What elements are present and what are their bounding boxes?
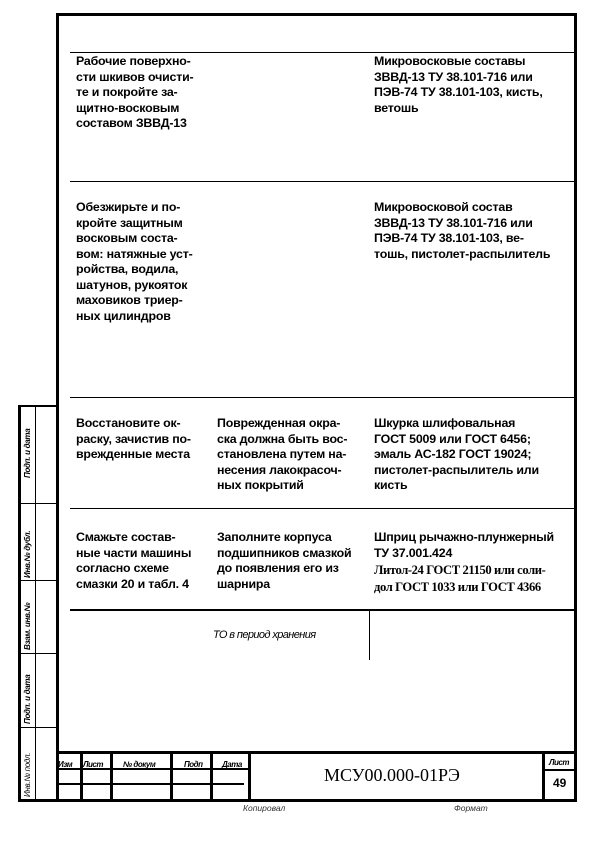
title-col-sheet <box>542 751 545 801</box>
side-label-sign-date-2: Подп. и дата <box>23 675 32 724</box>
sheet-label-divider <box>542 769 575 771</box>
row3-action: Восстановите ок- раску, зачистив по- вре… <box>76 416 209 463</box>
side-stamp-top <box>18 405 58 407</box>
frame-top-border <box>56 13 577 16</box>
side-stamp-inner-line <box>35 405 36 800</box>
title-col-5 <box>248 751 251 801</box>
row4-requirements: Заполните корпуса подшипников смазкой до… <box>217 530 365 592</box>
side-stamp-left-border <box>18 405 21 802</box>
frame-right-border <box>574 13 577 801</box>
row4-action: Смажьте состав- ные части машины согласн… <box>76 530 209 592</box>
side-label-dup-inv: Инв.№ дубл. <box>23 531 32 578</box>
side-stamp-divider-2 <box>18 580 58 581</box>
side-stamp-divider-3 <box>18 653 58 654</box>
title-col-1 <box>80 751 83 801</box>
section-title: ТО в период хранения <box>213 629 316 641</box>
row1-materials: Микровосковые составы ЗВВД-13 ТУ 38.101-… <box>374 54 570 116</box>
title-col-3 <box>170 751 173 801</box>
row-divider-2 <box>70 181 575 182</box>
title-block-top <box>56 751 577 754</box>
row2-materials: Микровосковой состав ЗВВД-13 ТУ 38.101-7… <box>374 200 570 262</box>
document-code: МСУ00.000-01РЭ <box>324 765 460 786</box>
row-divider-1 <box>70 52 575 53</box>
title-col-2 <box>110 751 113 801</box>
row4-materials-lubricant: Литол-24 ГОСТ 21150 или соли- дол ГОСТ 1… <box>374 562 570 596</box>
sheet-number: 49 <box>553 776 566 790</box>
header-date: Дата <box>222 760 242 769</box>
header-change: Изм <box>58 760 72 769</box>
row4-materials-tools: Шприц рычажно-плунжерный ТУ 37.001.424 <box>374 530 570 561</box>
format-label: Формат <box>454 803 488 813</box>
row-divider-5 <box>70 609 575 611</box>
row3-requirements: Поврежденная окра- ска должна быть вос- … <box>217 416 365 494</box>
row1-action: Рабочие поверхно- сти шкивов очисти- те … <box>76 54 209 132</box>
title-row-2 <box>56 783 244 785</box>
header-sheet: Лист <box>83 760 103 769</box>
section-divider-vertical <box>369 610 370 660</box>
side-label-replace-inv: Взам. инв.№ <box>23 603 32 650</box>
frame-left-border <box>56 13 59 801</box>
header-doc-number: № докум <box>123 760 155 769</box>
row-divider-4 <box>70 508 575 509</box>
title-col-4 <box>210 751 213 801</box>
side-label-sign-date-1: Подп. и дата <box>23 429 32 478</box>
row3-materials: Шкурка шлифовальная ГОСТ 5009 или ГОСТ 6… <box>374 416 570 494</box>
row2-action: Обезжирьте и по- кройте защитным восковы… <box>76 200 209 324</box>
header-signature: Подп <box>184 760 202 769</box>
side-stamp-divider-4 <box>18 727 58 728</box>
frame-bottom-border <box>18 799 577 802</box>
sheet-label: Лист <box>549 758 569 767</box>
copied-label: Копировал <box>243 803 285 813</box>
side-label-orig-inv: Инв.№ подл. <box>23 753 32 797</box>
row-divider-3 <box>70 397 575 398</box>
side-stamp-divider-1 <box>18 503 58 504</box>
